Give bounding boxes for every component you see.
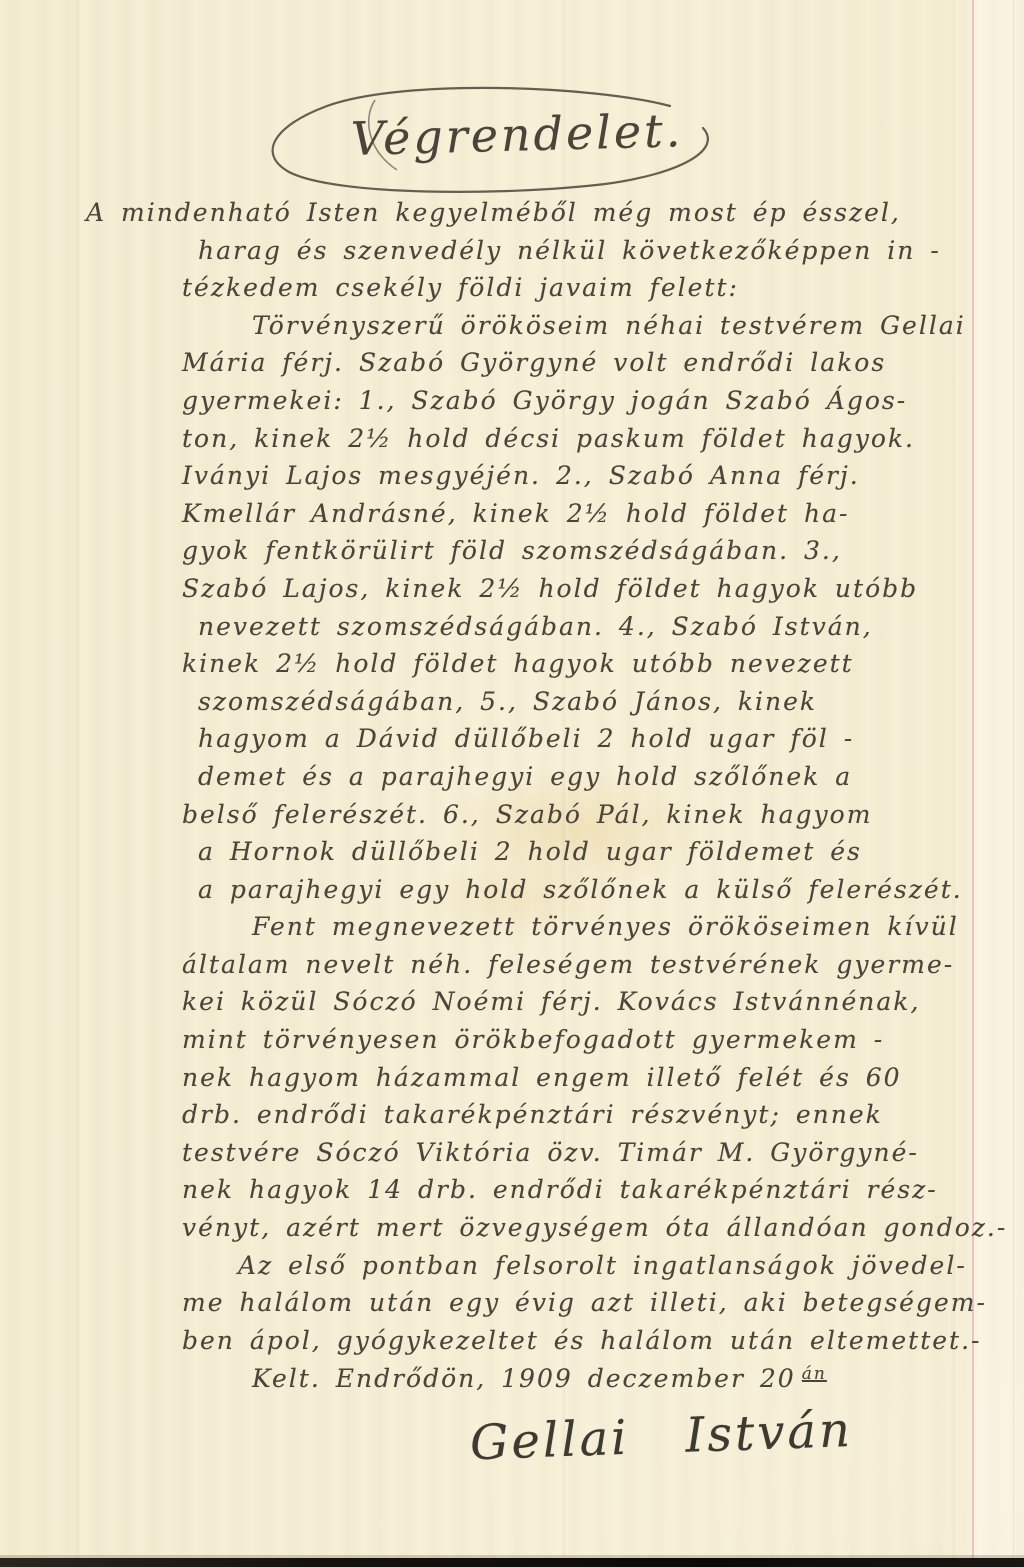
signature-given-name: István — [684, 1402, 853, 1464]
manuscript-line: nevezett szomszédságában. 4., Szabó Istv… — [0, 608, 1024, 646]
manuscript-line: Kmellár Andrásné, kinek 2½ hold földet h… — [0, 495, 1024, 533]
title-block: Végrendelet. — [255, 84, 735, 204]
date-superscript: án — [802, 1367, 827, 1382]
manuscript-line: ben ápol, gyógykezeltet és halálom után … — [0, 1322, 1024, 1360]
document-title: Végrendelet. — [350, 104, 651, 166]
manuscript-line: drb. endrődi takarékpénztári részvényt; … — [0, 1096, 1024, 1134]
manuscript-line: kei közül Sóczó Noémi férj. Kovács Istvá… — [0, 983, 1024, 1021]
manuscript-line: Az első pontban felsorolt ingatlanságok … — [0, 1247, 1024, 1285]
manuscript-line: hagyom a Dávid düllőbeli 2 hold ugar föl… — [0, 720, 1024, 758]
manuscript-body: A mindenható Isten kegyelméből még most … — [0, 194, 1024, 1398]
manuscript-line: gyermekei: 1., Szabó György jogán Szabó … — [0, 382, 1024, 420]
date-text: Kelt. Endrődön, 1909 deczember 20 — [252, 1364, 796, 1393]
manuscript-line: nek hagyok 14 drb. endrődi takarékpénztá… — [0, 1171, 1024, 1209]
signature-family-name: Gellai — [469, 1410, 630, 1472]
manuscript-line: tézkedem csekély földi javaim felett: — [0, 269, 1024, 307]
manuscript-line: Iványi Lajos mesgyéjén. 2., Szabó Anna f… — [0, 457, 1024, 495]
manuscript-line: demet és a parajhegyi egy hold szőlőnek … — [0, 758, 1024, 796]
manuscript-line: nek hagyom házammal engem illető felét é… — [0, 1059, 1024, 1097]
manuscript-line: a parajhegyi egy hold szőlőnek a külső f… — [0, 871, 1024, 909]
signature: GellaiIstván — [469, 1401, 891, 1472]
manuscript-line: testvére Sóczó Viktória özv. Timár M. Gy… — [0, 1134, 1024, 1172]
manuscript-line: A mindenható Isten kegyelméből még most … — [0, 194, 1024, 232]
manuscript-line: Szabó Lajos, kinek 2½ hold földet hagyok… — [0, 570, 1024, 608]
manuscript-line: harag és szenvedély nélkül következőképp… — [0, 232, 1024, 270]
manuscript-line: a Hornok düllőbeli 2 hold ugar földemet … — [0, 833, 1024, 871]
manuscript-line: gyok fentkörülirt föld szomszédságában. … — [0, 532, 1024, 570]
manuscript-line: vényt, azért mert özvegységem óta álland… — [0, 1209, 1024, 1247]
manuscript-line: belső felerészét. 6., Szabó Pál, kinek h… — [0, 796, 1024, 834]
manuscript-line: me halálom után egy évig azt illeti, aki… — [0, 1284, 1024, 1322]
date-line: Kelt. Endrődön, 1909 deczember 20án — [0, 1360, 1024, 1398]
manuscript-line: Törvényszerű örököseim néhai testvérem G… — [0, 307, 1024, 345]
manuscript-line: ton, kinek 2½ hold décsi paskum földet h… — [0, 420, 1024, 458]
manuscript-line: általam nevelt néh. feleségem testvéréne… — [0, 946, 1024, 984]
document-page: Végrendelet. A mindenható Isten kegyelmé… — [0, 0, 1024, 1567]
manuscript-line: szomszédságában, 5., Szabó János, kinek — [0, 683, 1024, 721]
signature-gap — [630, 1452, 686, 1454]
manuscript-line: mint törvényesen örökbefogadott gyermeke… — [0, 1021, 1024, 1059]
manuscript-line: Fent megnevezett törvényes örököseimen k… — [0, 908, 1024, 946]
scan-edge — [0, 1558, 1024, 1567]
manuscript-line: Mária férj. Szabó Györgyné volt endrődi … — [0, 344, 1024, 382]
manuscript-line: kinek 2½ hold földet hagyok utóbb neveze… — [0, 645, 1024, 683]
